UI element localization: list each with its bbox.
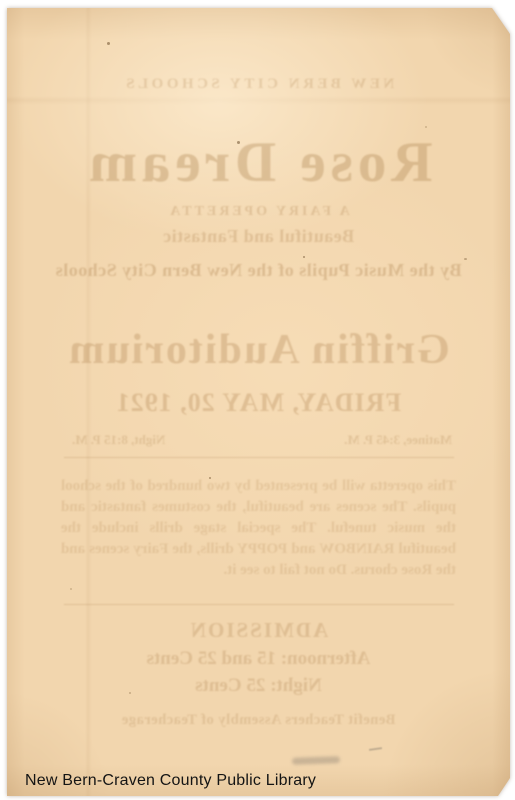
- paper-speck: [303, 256, 305, 258]
- paper-speck: [209, 477, 211, 479]
- bleed-benefit-line: Benefit Teachers Assembly of Teacherage: [7, 712, 510, 729]
- bleed-admission-night: Night: 25 Cents: [7, 675, 510, 697]
- bleed-divider-top: [64, 457, 454, 458]
- bleed-date: FRIDAY, MAY 20, 1921: [7, 388, 510, 418]
- bleed-admission-heading: ADMISSION: [7, 618, 510, 643]
- paper-speck: [425, 126, 427, 128]
- bleed-tagline: Beautiful and Fantastic: [7, 226, 510, 247]
- paper-speck: [70, 588, 72, 590]
- bleed-venue: Griffin Auditorium: [7, 326, 510, 374]
- paper-speck: [129, 692, 131, 694]
- bleed-through-layer: NEW BERN CITY SCHOOLS Rose Dream A FAIRY…: [7, 8, 510, 796]
- bleed-divider-bottom: [64, 604, 454, 605]
- bleed-times-matinee: Matinee, 3:45 P. M.: [344, 432, 452, 448]
- library-caption: New Bern-Craven County Public Library: [25, 772, 316, 790]
- paper-wrapper: NEW BERN CITY SCHOOLS Rose Dream A FAIRY…: [7, 8, 510, 796]
- paper-speck: [107, 42, 110, 45]
- ink-smudge: [292, 756, 340, 765]
- bleed-title: Rose Dream: [7, 130, 510, 195]
- bleed-paragraph: This operetta will be presented by two h…: [61, 476, 456, 581]
- scan-background: NEW BERN CITY SCHOOLS Rose Dream A FAIRY…: [0, 0, 515, 800]
- bleed-admission-afternoon: Afternoon: 15 and 25 Cents: [7, 648, 510, 670]
- bleed-times-line: Matinee, 3:45 P. M. Night, 8:15 P. M.: [72, 432, 452, 448]
- bleed-school-line: NEW BERN CITY SCHOOLS: [7, 76, 510, 93]
- bleed-byline: By the Music Pupils of the New Bern City…: [7, 260, 510, 281]
- paper-speck: [237, 141, 240, 144]
- paper-speck: [464, 258, 467, 260]
- bleed-subtitle: A FAIRY OPERETTA: [7, 204, 510, 220]
- pencil-mark: [369, 747, 382, 751]
- bleed-times-night: Night, 8:15 P. M.: [72, 432, 165, 448]
- paper: NEW BERN CITY SCHOOLS Rose Dream A FAIRY…: [7, 8, 510, 796]
